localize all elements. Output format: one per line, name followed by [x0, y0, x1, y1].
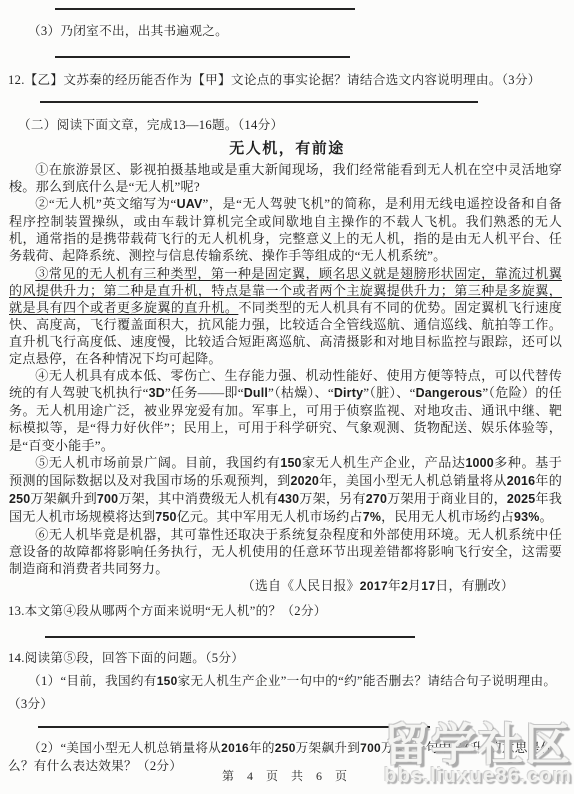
passage-source: （选自《人民日报》2017年2月17日，有删改）: [0, 578, 574, 595]
question-12-text: 12.【乙】文苏秦的经历能否作为【甲】文论点的事实论据？请结合选文内容说明理由。…: [0, 71, 574, 89]
question-3-text: （3）乃闭室不出，出其书遍观之。: [0, 22, 574, 40]
passage-paragraph: ⑤无人机市场前景广阔。目前，我国约有150家无人机生产企业，产品达1000多种。…: [9, 454, 562, 526]
question-14-text: 14.阅读第⑤段，回答下面的问题。（5分）: [0, 649, 574, 667]
passage-paragraph: ①在旅游景区、影视拍摄基地或是重大新闻现场，我们经常能看到无人机在空中灵活地穿梭…: [9, 161, 562, 195]
answer-line-4: [45, 636, 415, 638]
passage-paragraph: ③常见的无人机有三种类型，第一种是固定翼，顾名思义就是翅膀形状固定，靠流过机翼的…: [9, 265, 562, 368]
question-13-text: 13.本文第④段从哪两个方面来说明“无人机”的？（2分）: [0, 602, 574, 620]
answer-line-3: [40, 101, 478, 103]
passage-paragraph: ⑥无人机毕竟是机器，其可靠性还取决于系统复杂程度和外部使用环境。无人机系统中任意…: [9, 526, 562, 577]
passage-body: ①在旅游景区、影视拍摄基地或是重大新闻现场，我们经常能看到无人机在空中灵活地穿梭…: [0, 161, 574, 577]
passage-paragraph: ②“无人机”英文缩写为“UAV”，是“无人驾驶飞机”的简称，是利用无线电遥控设备…: [9, 195, 562, 264]
passage-title: 无人机，有前途: [0, 139, 574, 159]
exam-page: （3）乃闭室不出，出其书遍观之。 12.【乙】文苏秦的经历能否作为【甲】文论点的…: [0, 0, 574, 794]
page-footer: 第 4 页 共 6 页: [0, 767, 574, 784]
question-14-1-score: （3分）: [0, 695, 574, 713]
answer-line-1: [55, 8, 355, 10]
answer-line-5: [38, 726, 430, 728]
answer-line-2: [55, 56, 350, 58]
question-14-1-text: （1）“目前，我国约有150家无人机生产企业”一句中的“约”能否删去？请结合句子…: [0, 672, 574, 690]
section-header: （二）阅读下面文章，完成13—16题。（14分）: [0, 116, 574, 134]
passage-paragraph: ④无人机具有成本低、零伤亡、生存能力强、机动性能好、使用方便等特点，可以代替传统…: [9, 367, 562, 453]
